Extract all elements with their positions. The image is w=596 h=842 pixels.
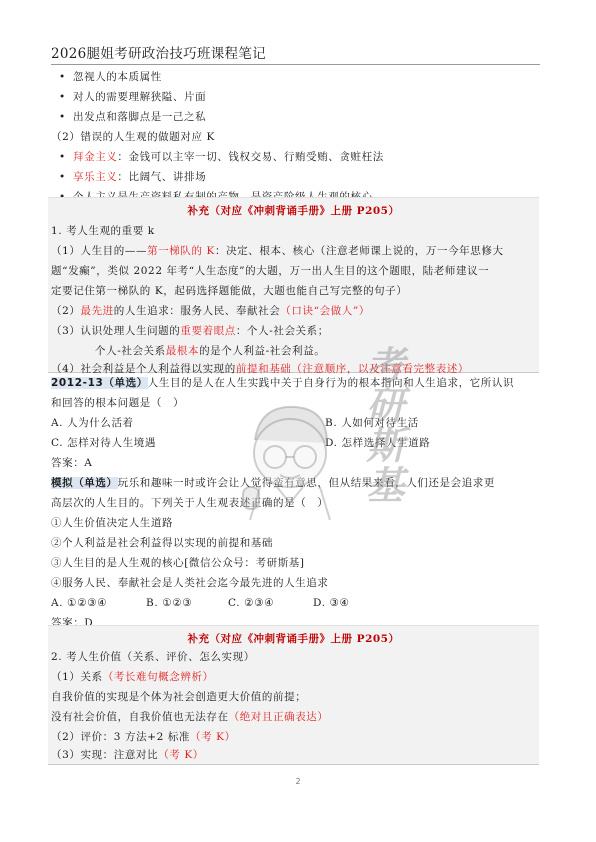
- bullet-item: 出发点和落脚点是一己之私: [59, 109, 206, 125]
- watermark-text: 考研斯基: [360, 345, 404, 505]
- question-tag: 模拟（单选）: [51, 477, 118, 489]
- box-paragraph: 没有社会价值，自我价值也无法存在（绝对且正确表达）: [51, 709, 329, 725]
- supplement-box-2: 补充（对应《冲刺背诵手册》上册 P205） 2. 考人生价值（关系、评价、怎么实…: [48, 625, 539, 765]
- box-paragraph: （3）认识处理人生问题的重要着眼点：个人-社会关系；: [51, 323, 329, 339]
- bullet-item: 享乐主义：比阔气、讲排场: [59, 169, 206, 185]
- box-paragraph: 自我价值的实现是个体为社会创造更大价值的前提；: [51, 689, 306, 705]
- question-1-stem: 和回答的根本问题是（ ）: [51, 395, 184, 411]
- bullet-item: 忽视人的本质属性: [59, 69, 162, 85]
- box-title: 补充（对应《冲刺背诵手册》上册 P205）: [48, 631, 539, 647]
- option-a: A. ①②③④: [51, 595, 107, 611]
- term-highlight: 享乐主义: [73, 171, 117, 183]
- box-paragraph: （2）评价：3 方法+2 标准（考 K）: [51, 729, 236, 745]
- question-2-stem: 高层次的人生目的。下列关于人生观表述正确的是（ ）: [51, 495, 329, 511]
- box-heading: 1. 考人生观的重要 k: [51, 223, 155, 239]
- box-paragraph: 个人-社会关系最根本的是个人利益-社会利益。: [95, 343, 325, 359]
- box-title: 补充（对应《冲刺背诵手册》上册 P205）: [48, 203, 539, 219]
- box-heading: 2. 考人生价值（关系、评价、怎么实现）: [51, 649, 255, 665]
- box-paragraph: （2）最先进的人生追求：服务人民、奉献社会（口诀“会做人”）: [51, 303, 370, 319]
- box-paragraph: （3）实现：注意对比（考 K）: [51, 747, 204, 763]
- bullet-item: 对人的需要理解狭隘、片面: [59, 89, 206, 105]
- option-d: D. ③④: [313, 595, 350, 611]
- box-paragraph: （1）关系（考长难句概念辨析）: [51, 669, 214, 685]
- option-b: B. ①②③: [146, 595, 192, 611]
- statement: ③人生目的是人生观的核心[微信公众号：考研斯基]: [51, 555, 305, 571]
- bullet-item: 拜金主义：金钱可以主宰一切、钱权交易、行贿受贿、贪赃枉法: [59, 149, 384, 165]
- box-paragraph: （1）人生目的——第一梯队的 K：决定、根本、核心（注意老师课上说的，万一今年思…: [51, 243, 504, 259]
- question-tag: 2012-13（单选）: [51, 377, 148, 389]
- answer: 答案：A: [51, 455, 92, 471]
- statement: ②个人利益是社会利益得以实现的前提和基础: [51, 535, 273, 551]
- document-header-title: 2026腿姐考研政治技巧班课程笔记: [51, 42, 266, 62]
- option-c: C. ②③④: [228, 595, 274, 611]
- statement: ④服务人民、奉献社会是人类社会迄今最先进的人生追求: [51, 575, 329, 591]
- question-2-stem: 模拟（单选）玩乐和趣味一时或许会让人觉得蛮有意思，但从结果来看，人们还是会追求更: [51, 475, 495, 491]
- supplement-box-1: 补充（对应《冲刺背诵手册》上册 P205） 1. 考人生观的重要 k （1）人生…: [48, 197, 539, 373]
- option-c: C. 怎样对待人生境遇: [51, 435, 156, 451]
- box-paragraph: 题“发癫”，类似 2022 年考“人生态度”的大题，万一出人生目的这个题眼，陆老…: [51, 263, 489, 279]
- section-heading: （2）错误的人生观的做题对应 K: [51, 129, 215, 145]
- statement: ①人生价值决定人生道路: [51, 515, 173, 531]
- option-a: A. 人为什么活着: [51, 415, 134, 431]
- box-paragraph: 定要记住第一梯队的 K，起码选择题能做，大题也能自己写完整的句子）: [51, 283, 407, 299]
- header-divider: [51, 64, 540, 65]
- page-number: 2: [0, 777, 596, 786]
- question-1-stem: 2012-13（单选）人生目的是人在人生实践中关于自身行为的根本指向和人生追求，…: [51, 375, 514, 391]
- term-highlight: 拜金主义: [73, 151, 117, 163]
